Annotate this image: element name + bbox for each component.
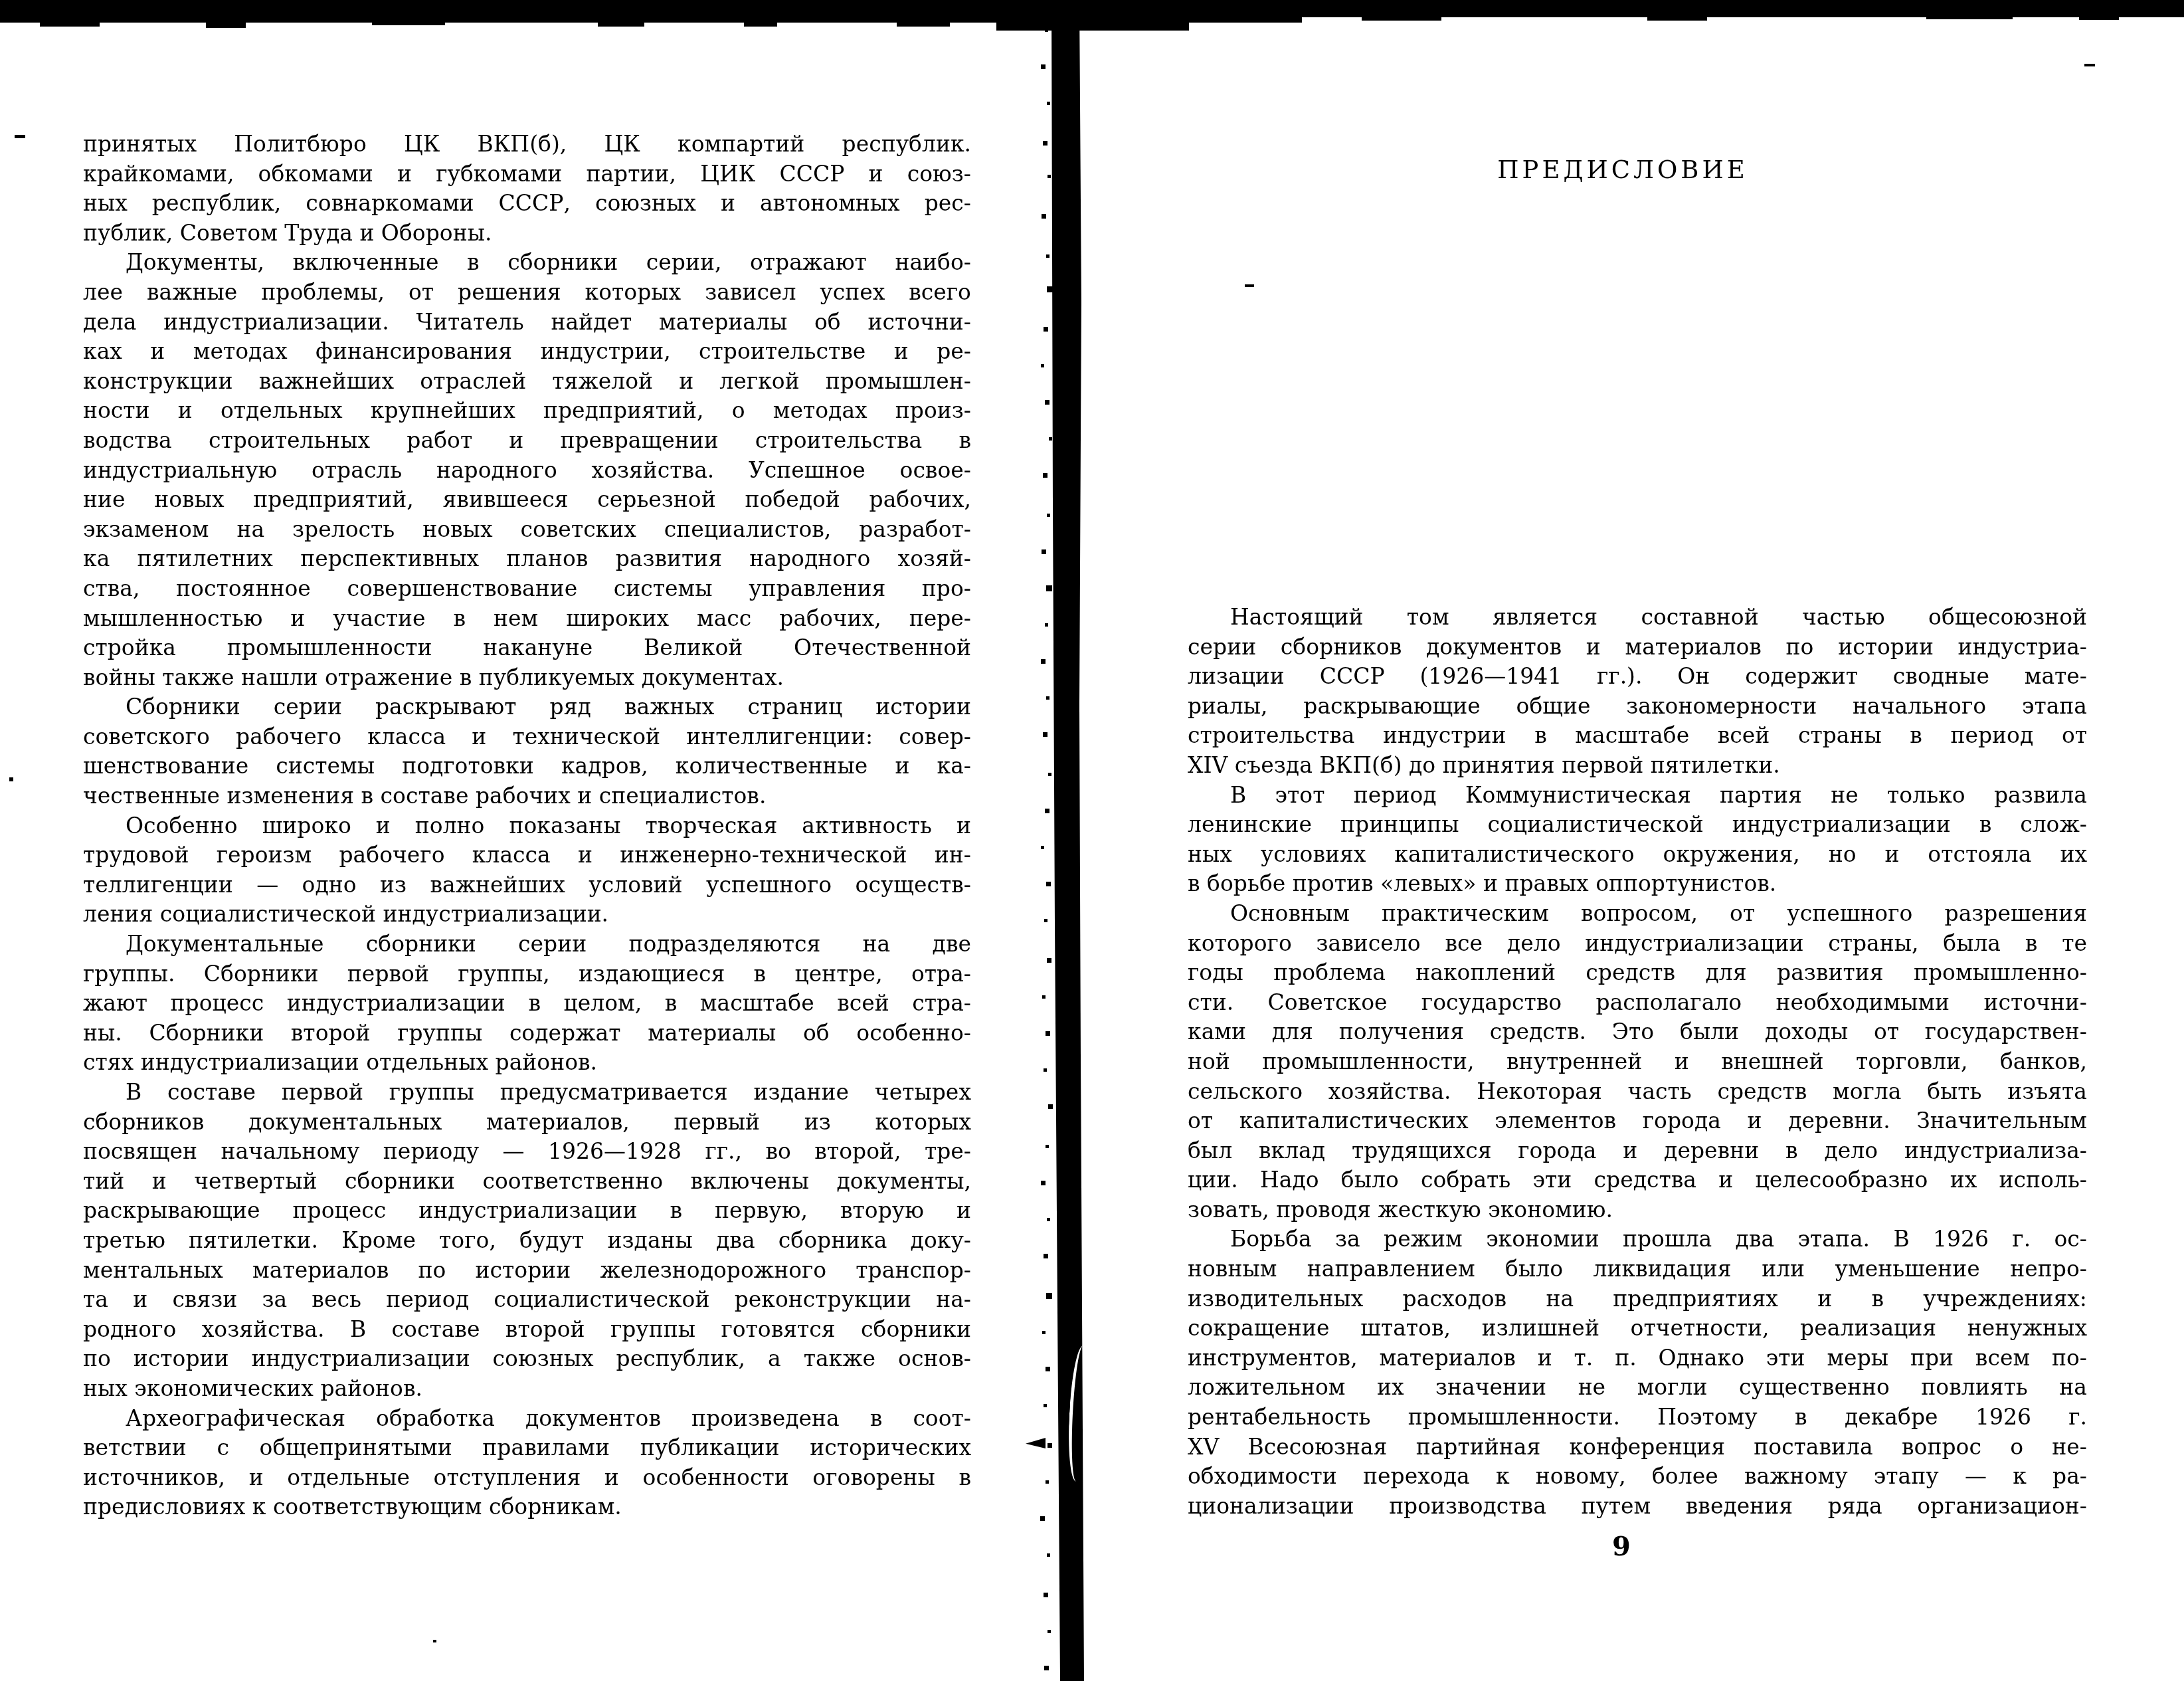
text-line: третью пятилетки. Кроме того, будут изда…: [83, 1226, 971, 1256]
text-line: ка пятилетних перспективных планов разви…: [83, 544, 971, 574]
text-line: ленинские принципы социалистической инду…: [1188, 810, 2087, 840]
text-line: новным направлением было ликвидация или …: [1188, 1254, 2087, 1284]
text-line: был вклад трудящихся города и деревни в …: [1188, 1136, 2087, 1166]
text-line: риалы, раскрывающие общие закономерности…: [1188, 692, 2087, 722]
paragraph: Археографическая обработка документов пр…: [83, 1404, 971, 1522]
text-line: ных экономических районов.: [83, 1374, 971, 1404]
text-line: группы. Сборники первой группы, издающие…: [83, 959, 971, 989]
text-line: Документальные сборники серии подразделя…: [83, 930, 971, 959]
text-line: дела индустриализации. Читатель найдет м…: [83, 308, 971, 338]
text-line: ны. Сборники второй группы содержат мате…: [83, 1019, 971, 1048]
scan-edge-ragged-mark: [598, 23, 644, 27]
text-line: ной промышленности, внутренней и внешней…: [1188, 1047, 2087, 1077]
text-line: мышленностью и участие в нем широких мас…: [83, 604, 971, 634]
text-line: Борьба за режим экономии прошла два этап…: [1188, 1225, 2087, 1254]
paragraph: В составе первой группы предусматриваетс…: [83, 1078, 971, 1404]
gutter-arrow-smudge: [1026, 1438, 1046, 1448]
text-line: публик, Советом Труда и Обороны.: [83, 219, 971, 248]
text-line: Настоящий том является составной частью …: [1188, 603, 2087, 633]
text-line: источников, и отдельные отступления и ос…: [83, 1463, 971, 1493]
scan-speck: [433, 1640, 436, 1642]
text-line: ных условиях капиталистического окружени…: [1188, 840, 2087, 870]
text-line: стях индустриализации отдельных районов.: [83, 1048, 971, 1078]
text-line: серии сборников документов и материалов …: [1188, 633, 2087, 662]
text-line: ментальных материалов по истории железно…: [83, 1256, 971, 1286]
text-line: лизации СССР (1926—1941 гг.). Он содержи…: [1188, 662, 2087, 692]
left-page-text: принятых Политбюро ЦК ВКП(б), ЦК компарт…: [83, 130, 971, 1522]
text-line: теллигенции — одно из важнейших условий …: [83, 870, 971, 900]
paragraph: принятых Политбюро ЦК ВКП(б), ЦК компарт…: [83, 130, 971, 248]
text-line: обходимости перехода к новому, более важ…: [1188, 1462, 2087, 1492]
text-line: по истории индустриализации союзных респ…: [83, 1344, 971, 1374]
paragraph: Особенно широко и полно показаны творчес…: [83, 811, 971, 930]
text-line: Особенно широко и полно показаны творчес…: [83, 811, 971, 841]
text-line: В этот период Коммунистическая партия не…: [1188, 781, 2087, 811]
text-line: индустриальную отрасль народного хозяйст…: [83, 456, 971, 486]
text-line: лее важные проблемы, от решения которых …: [83, 278, 971, 308]
text-line: чественные изменения в составе рабочих и…: [83, 781, 971, 811]
text-line: сокращение штатов, излишней отчетности, …: [1188, 1314, 2087, 1343]
text-line: Сборники серии раскрывают ряд важных стр…: [83, 692, 971, 722]
text-line: сборников документальных материалов, пер…: [83, 1108, 971, 1137]
text-line: сельского хозяйства. Некоторая часть сре…: [1188, 1077, 2087, 1107]
text-line: ности и отдельных крупнейших предприятий…: [83, 396, 971, 426]
paragraph: В этот период Коммунистическая партия не…: [1188, 781, 2087, 899]
scan-speck: [15, 135, 25, 138]
text-line: рентабельность промышленности. Поэтому в…: [1188, 1403, 2087, 1433]
text-line: ления социалистической индустриализации.: [83, 900, 971, 930]
scan-speck: [2084, 64, 2095, 66]
text-line: советского рабочего класса и технической…: [83, 722, 971, 752]
text-line: ветствии с общепринятыми правилами публи…: [83, 1433, 971, 1463]
scan-edge-ragged-mark: [897, 23, 950, 27]
text-line: экзаменом на зрелость новых советских сп…: [83, 515, 971, 545]
text-line: Документы, включенные в сборники серии, …: [83, 248, 971, 278]
scan-edge-ragged-mark: [40, 23, 100, 27]
text-line: родного хозяйства. В составе второй груп…: [83, 1315, 971, 1345]
text-line: ства, постоянное совершенствование систе…: [83, 574, 971, 604]
preface-heading: ПРЕДИСЛОВИЕ: [1173, 155, 2072, 184]
text-line: зовать, проводя жесткую экономию.: [1188, 1195, 2087, 1225]
text-line: ках и методах финансирования индустрии, …: [83, 337, 971, 367]
text-line: стройка промышленности накануне Великой …: [83, 633, 971, 663]
scan-edge-ragged-mark: [206, 23, 246, 28]
scan-speck: [9, 777, 13, 781]
text-line: инструментов, материалов и т. п. Однако …: [1188, 1343, 2087, 1373]
scan-edge-ragged-mark: [1647, 17, 1707, 21]
scan-edge-ragged-mark: [1926, 16, 2013, 19]
text-line: ние новых предприятий, явившееся серьезн…: [83, 485, 971, 515]
text-line: водства строительных работ и превращении…: [83, 426, 971, 456]
text-line: ками для получения средств. Это были дох…: [1188, 1017, 2087, 1047]
text-line: В составе первой группы предусматриваетс…: [83, 1078, 971, 1108]
text-line: XV Всесоюзная партийная конференция пост…: [1188, 1433, 2087, 1462]
text-line: жают процесс индустриализации в целом, в…: [83, 989, 971, 1019]
text-line: войны также нашли отражение в публикуемы…: [83, 663, 971, 693]
text-line: Основным практическим вопросом, от успеш…: [1188, 899, 2087, 929]
paragraph: Сборники серии раскрывают ряд важных стр…: [83, 692, 971, 811]
text-line: ложительном их значении не могли существ…: [1188, 1373, 2087, 1403]
text-line: посвящен начальному периоду — 1926—1928 …: [83, 1137, 971, 1167]
text-line: изводительных расходов на предприятиях и…: [1188, 1284, 2087, 1314]
text-line: крайкомами, обкомами и губкомами партии,…: [83, 159, 971, 189]
text-line: конструкции важнейших отраслей тяжелой и…: [83, 367, 971, 397]
gutter-speckles: [1044, 3, 1046, 5]
text-line: XIV съезда ВКП(б) до принятия первой пят…: [1188, 751, 2087, 781]
scan-edge-ragged-mark: [1362, 17, 1441, 21]
text-line: ции. Надо было собрать эти средства и це…: [1188, 1165, 2087, 1195]
scan-edge-ragged-mark: [2079, 16, 2119, 20]
text-line: годы проблема накоплений средств для раз…: [1188, 958, 2087, 988]
paragraph: Основным практическим вопросом, от успеш…: [1188, 899, 2087, 1225]
text-line: Археографическая обработка документов пр…: [83, 1404, 971, 1434]
right-page-text: Настоящий том является составной частью …: [1188, 603, 2087, 1521]
text-line: ных республик, совнаркомами СССР, союзны…: [83, 189, 971, 219]
paragraph: Борьба за режим экономии прошла два этап…: [1188, 1225, 2087, 1521]
text-line: от капиталистических элементов города и …: [1188, 1106, 2087, 1136]
text-line: тий и четвертый сборники соответственно …: [83, 1167, 971, 1197]
text-line: ционализации производства путем введения…: [1188, 1492, 2087, 1522]
text-line: предисловиях к соответствующим сборникам…: [83, 1492, 971, 1522]
text-line: трудовой героизм рабочего класса и инжен…: [83, 841, 971, 870]
paragraph: Документы, включенные в сборники серии, …: [83, 248, 971, 692]
scan-top-edge-shadow-gutter: [996, 0, 1189, 31]
book-spread-scan: принятых Политбюро ЦК ВКП(б), ЦК компарт…: [0, 0, 2184, 1681]
page-number: 9: [1172, 1531, 2071, 1562]
text-line: строительства индустрии в масштабе всей …: [1188, 721, 2087, 751]
text-line: раскрывающие процесс индустриализации в …: [83, 1196, 971, 1226]
text-line: принятых Политбюро ЦК ВКП(б), ЦК компарт…: [83, 130, 971, 159]
paragraph: Документальные сборники серии подразделя…: [83, 930, 971, 1078]
scan-edge-ragged-mark: [372, 21, 445, 25]
paragraph: Настоящий том является составной частью …: [1188, 603, 2087, 781]
text-line: шенствование системы подготовки кадров, …: [83, 751, 971, 781]
text-line: которого зависело все дело индустриализа…: [1188, 929, 2087, 959]
text-line: сти. Советское государство располагало н…: [1188, 988, 2087, 1018]
text-line: та и связи за весь период социалистическ…: [83, 1285, 971, 1315]
text-line: в борьбе против «левых» и правых оппорту…: [1188, 869, 2087, 899]
scan-edge-ragged-mark: [744, 21, 777, 27]
scan-speck: [1245, 284, 1254, 287]
